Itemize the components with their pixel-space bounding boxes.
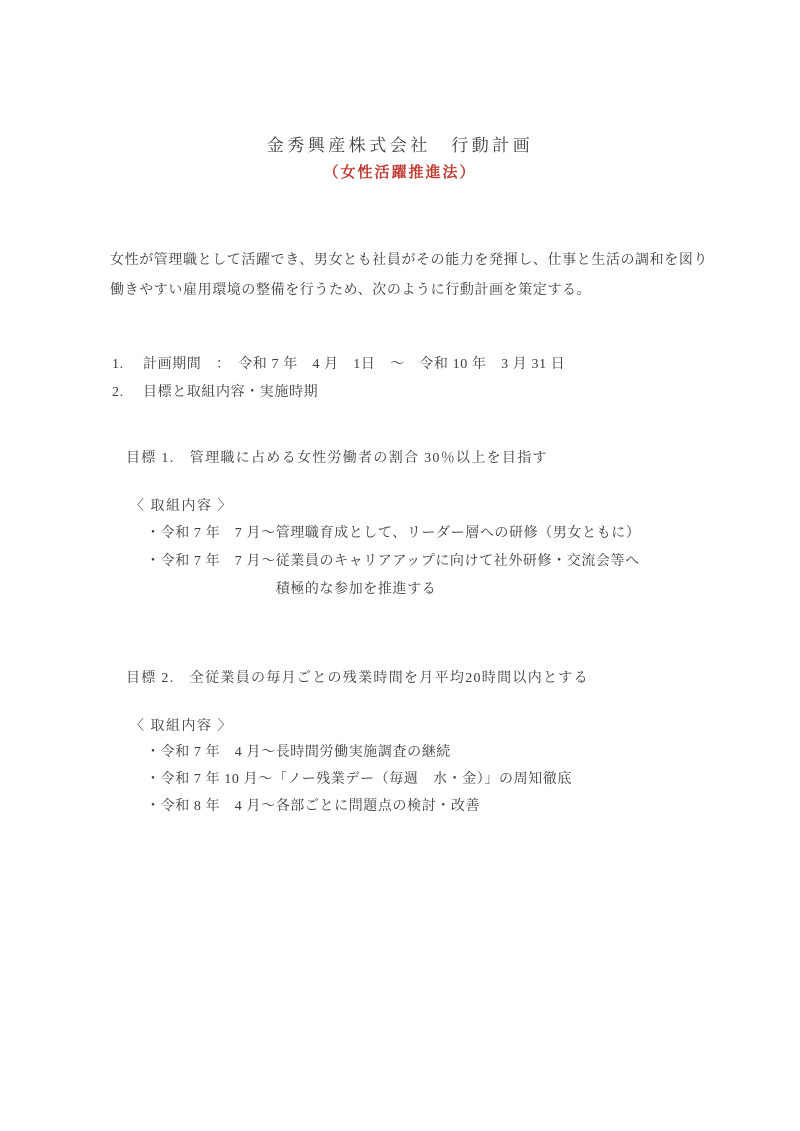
goal-2-efforts-label: 〈 取組内容 〉 [130, 715, 233, 735]
plan-item-number: 2. [112, 379, 143, 407]
plan-period-item: 1. 計画期間 ： 令和 7 年 4 月 1日 〜 令和 10 年 3 月 31… [112, 351, 732, 379]
intro-paragraph: 女性が管理職として活躍でき、男女とも社員がその能力を発揮し、仕事と生活の調和を図… [110, 246, 710, 306]
document-page: 金秀興産株式会社 行動計画 （女性活躍推進法） 女性が管理職として活躍でき、男女… [0, 0, 800, 1131]
effort-period: ・令和 7 年 4 月〜 [146, 739, 276, 766]
effort-action: 長時間労働実施調査の継続 [276, 739, 746, 766]
effort-period: ・令和 8 年 4 月〜 [146, 793, 276, 820]
plan-goals-item: 2. 目標と取組内容・実施時期 [112, 379, 732, 407]
page-title: 金秀興産株式会社 行動計画 [0, 131, 800, 156]
plan-list: 1. 計画期間 ： 令和 7 年 4 月 1日 〜 令和 10 年 3 月 31… [112, 351, 732, 407]
goal-2-efforts-list: ・令和 7 年 4 月〜 長時間労働実施調査の継続 ・令和 7 年 10 月〜 … [146, 739, 746, 820]
effort-action: 「ノー残業デー（毎週 水・金）」の周知徹底 [273, 766, 746, 793]
effort-row: ・令和 8 年 4 月〜 各部ごとに問題点の検討・改善 [146, 793, 746, 820]
effort-row: ・令和 7 年 7 月〜 管理職育成として、リーダー層への研修（男女ともに） [146, 520, 746, 548]
plan-item-text: 目標と取組内容・実施時期 [143, 379, 318, 407]
page-subtitle: （女性活躍推進法） [0, 161, 800, 182]
goal-2-heading: 目標 2. 全従業員の毎月ごとの残業時間を月平均20時間以内とする [126, 667, 746, 687]
effort-action: 従業員のキャリアアップに向けて社外研修・交流会等へ 積極的な参加を推進する [276, 548, 746, 604]
plan-item-text: 計画期間 ： 令和 7 年 4 月 1日 〜 令和 10 年 3 月 31 日 [143, 351, 565, 379]
effort-row: ・令和 7 年 4 月〜 長時間労働実施調査の継続 [146, 739, 746, 766]
goal-1-efforts-label: 〈 取組内容 〉 [130, 495, 233, 515]
effort-period: ・令和 7 年 7 月〜 [146, 548, 276, 576]
effort-action: 各部ごとに問題点の検討・改善 [276, 793, 746, 820]
effort-period: ・令和 7 年 7 月〜 [146, 520, 276, 548]
goal-1-efforts-list: ・令和 7 年 7 月〜 管理職育成として、リーダー層への研修（男女ともに） ・… [146, 520, 746, 604]
plan-item-number: 1. [112, 351, 143, 379]
effort-period: ・令和 7 年 10 月〜 [146, 766, 273, 793]
effort-row: ・令和 7 年 7 月〜 従業員のキャリアアップに向けて社外研修・交流会等へ 積… [146, 548, 746, 604]
goal-1-heading: 目標 1. 管理職に占める女性労働者の割合 30％以上を目指す [126, 447, 746, 467]
effort-action: 管理職育成として、リーダー層への研修（男女ともに） [276, 520, 746, 548]
effort-row: ・令和 7 年 10 月〜 「ノー残業デー（毎週 水・金）」の周知徹底 [146, 766, 746, 793]
